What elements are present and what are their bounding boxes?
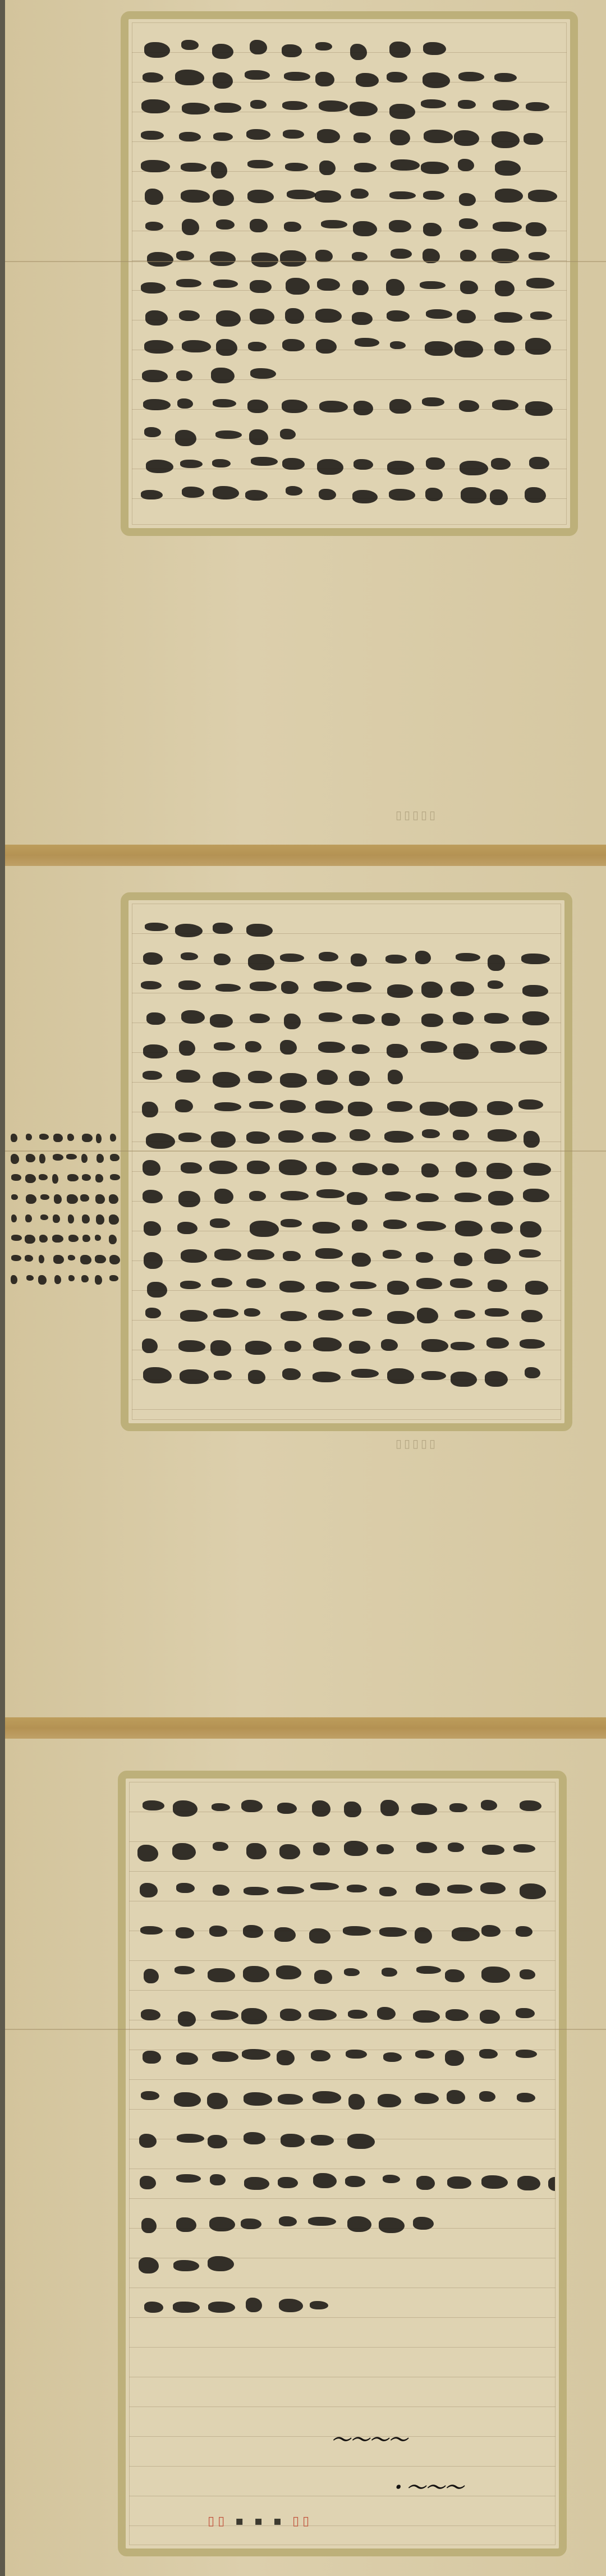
ink-glyph [488,1129,517,1142]
ink-glyph [82,1214,90,1223]
ink-glyph [344,1841,368,1856]
ink-glyph [176,370,192,381]
ink-glyph [274,1927,296,1942]
ink-glyph [447,2176,471,2189]
ink-glyph [386,279,405,296]
ink-glyph [524,133,543,145]
ink-glyph [387,1368,414,1384]
ink-glyph [415,951,431,964]
ink-glyph [490,1041,516,1053]
handwritten-line [137,1882,547,1897]
ink-glyph [416,1252,434,1263]
ink-glyph [347,2216,371,2231]
ink-glyph [426,309,452,318]
ink-glyph [490,489,508,506]
ink-glyph [449,1101,477,1116]
ink-glyph [175,430,196,446]
ink-glyph [311,2135,334,2146]
handwritten-line [137,2090,547,2105]
ink-glyph [480,1882,506,1894]
ink-glyph [491,458,511,470]
ink-glyph [248,1370,266,1384]
handwritten-line [137,2048,547,2063]
ink-glyph [313,1842,330,1856]
ink-glyph [447,1885,472,1894]
ink-glyph [447,2090,465,2104]
handwritten-line [140,1308,553,1322]
ink-glyph [11,1194,18,1200]
ink-glyph [145,222,164,231]
ink-glyph [216,310,241,327]
ink-glyph [425,341,453,356]
ink-glyph [351,189,369,199]
ink-glyph [283,1251,300,1261]
seal-stamp: ▯▯ ▪ ▪ ▪ ▯▯ [208,2514,313,2528]
mounting-band [5,1717,606,1739]
ink-glyph [250,219,267,232]
ink-glyph [421,1041,447,1052]
handwritten-line [140,1010,553,1025]
ink-glyph [176,1927,195,1938]
handwritten-line [137,1799,547,1814]
ink-glyph [284,72,310,81]
ink-glyph [458,100,476,109]
ink-glyph [144,1252,163,1268]
ink-glyph [423,223,442,237]
ink-glyph [276,1965,301,1979]
handwritten-line [140,367,558,382]
ink-glyph [141,2091,160,2100]
ink-glyph [176,2217,196,2232]
ink-glyph [145,189,164,205]
ink-glyph [212,2051,239,2062]
ink-glyph [244,2092,272,2105]
ink-glyph [310,2301,328,2309]
ink-glyph [381,1339,398,1351]
ink-glyph [11,1154,20,1164]
ink-glyph [39,1255,45,1263]
ink-glyph [485,1371,508,1387]
ink-glyph [11,1134,17,1142]
ink-glyph [39,1174,47,1180]
ink-glyph [415,1927,433,1944]
ink-glyph [313,1222,339,1234]
ink-glyph [387,1281,409,1295]
ink-glyph [389,489,415,501]
ink-glyph [387,72,407,82]
ink-glyph [520,1041,548,1055]
ink-glyph [479,2091,496,2102]
ink-glyph [453,1130,469,1140]
paper-crease [5,261,606,262]
ink-glyph [351,954,366,966]
ink-glyph [244,2177,269,2190]
ink-glyph [445,1969,465,1982]
handwritten-line [140,1129,553,1144]
ink-glyph [283,130,304,139]
ink-glyph [247,1161,270,1175]
ink-glyph [352,1308,372,1317]
handwritten-line [137,1841,547,1855]
ink-glyph [250,309,274,324]
ink-glyph [110,1154,120,1161]
ink-glyph [387,1311,415,1324]
ink-glyph [385,1191,411,1201]
ink-glyph [213,190,235,206]
ink-glyph [141,490,163,499]
ink-glyph [495,161,521,176]
ink-glyph [39,1154,45,1163]
handwritten-line [140,129,558,144]
ink-glyph [250,100,267,109]
ink-glyph [38,1275,47,1285]
ink-glyph [137,1845,158,1862]
ink-glyph [383,1220,407,1229]
ink-glyph [315,1248,342,1259]
ink-glyph [424,130,453,143]
ink-glyph [245,1341,272,1355]
ink-glyph [80,1255,91,1264]
ink-glyph [179,310,200,321]
ink-glyph [313,2173,337,2188]
ink-glyph [353,132,371,143]
ink-glyph [319,1012,342,1022]
ink-glyph [143,399,171,410]
ink-glyph [525,487,546,503]
ink-glyph [284,222,301,232]
ink-glyph [175,1099,193,1112]
ink-glyph [141,99,170,113]
ink-glyph [147,1282,167,1298]
handwritten-line [137,2173,547,2188]
ink-glyph [250,1221,279,1237]
ink-glyph [518,1099,543,1110]
ink-glyph [141,282,166,294]
ink-glyph [214,1249,241,1261]
ink-glyph [389,42,411,58]
handwritten-line [140,427,558,441]
ink-glyph [310,1882,339,1890]
ink-glyph [181,1010,205,1023]
handwritten-line [140,1159,553,1174]
ink-glyph [172,1843,196,1860]
ink-glyph [142,1102,158,1118]
ink-glyph [343,1926,371,1936]
ink-glyph [516,1926,532,1937]
ink-glyph [145,923,168,931]
ink-glyph [250,280,271,294]
ink-glyph [95,1235,101,1241]
ink-glyph [279,1159,307,1175]
ink-glyph [280,1040,297,1055]
ink-glyph [484,1249,511,1264]
handwritten-line [140,1189,553,1203]
ink-glyph [281,981,299,993]
ink-glyph [352,312,373,326]
ink-glyph [348,2094,365,2110]
ink-glyph [173,2260,199,2271]
ink-glyph [143,952,163,965]
ink-glyph [251,253,278,267]
ink-glyph [95,1174,103,1182]
handwritten-line [140,1070,553,1084]
ink-glyph [146,460,173,473]
ink-glyph [176,1070,200,1083]
ink-glyph [524,1163,552,1176]
ink-glyph [421,1163,439,1178]
ink-glyph [248,342,267,351]
ink-glyph [526,222,546,236]
ink-glyph [214,103,241,113]
ink-glyph [451,982,474,997]
ink-glyph [246,1843,266,1860]
ink-glyph [525,1281,549,1295]
ink-glyph [176,279,201,287]
ink-glyph [214,1370,231,1380]
ink-glyph [52,1174,58,1184]
ink-glyph [143,1800,164,1810]
ink-glyph [178,1133,201,1142]
ink-glyph [174,2092,200,2107]
ink-glyph [213,923,232,934]
ink-glyph [480,2010,501,2024]
ink-glyph [387,310,410,322]
ruled-paper [132,904,561,1420]
ink-glyph [319,489,336,500]
ink-glyph [481,1925,501,1937]
ink-glyph [485,1308,509,1317]
ink-glyph [319,401,348,412]
ink-glyph [144,42,170,58]
letter-sheet-2 [121,892,572,1431]
ink-glyph [348,1102,372,1117]
ink-glyph [279,2299,303,2312]
ink-glyph [173,1800,198,1816]
ink-glyph [421,1014,443,1027]
ink-glyph [209,2217,235,2231]
ink-glyph [316,1189,345,1198]
ink-glyph [280,2009,301,2021]
ink-glyph [278,1130,304,1143]
ink-glyph [180,1369,209,1385]
ink-glyph [208,1968,235,1982]
ink-glyph [347,2134,375,2149]
ink-glyph [11,1235,21,1241]
ink-glyph [380,1800,399,1816]
ink-glyph [142,1339,158,1353]
ink-glyph [25,1235,35,1244]
ink-glyph [146,1012,166,1025]
ink-glyph [350,1281,377,1289]
ink-glyph [110,1134,117,1142]
ink-glyph [242,2049,270,2060]
ruled-paper [132,22,567,525]
ink-glyph [353,459,373,470]
ink-glyph [143,1160,160,1175]
ink-glyph [109,1214,119,1225]
handwritten-line [137,2215,547,2229]
ink-glyph [214,1042,235,1051]
ink-glyph [181,40,199,50]
ink-glyph [321,220,347,228]
ink-glyph [141,131,164,140]
ink-glyph [52,1235,63,1243]
ink-glyph [139,2257,159,2274]
handwritten-line [140,70,558,84]
ink-glyph [210,2174,226,2185]
ink-glyph [179,132,201,141]
handwritten-line [137,1924,547,1938]
ink-glyph [387,1101,412,1112]
handwritten-line [140,486,558,501]
ink-glyph [279,1844,300,1859]
ink-glyph [144,427,161,437]
ink-glyph [249,1191,266,1201]
handwritten-line [140,921,553,936]
letter-sheet-1 [121,11,578,536]
ink-glyph [39,1134,49,1140]
ink-glyph [516,2050,536,2057]
ink-glyph [145,310,168,326]
ink-glyph [389,191,415,199]
ink-glyph [493,100,519,111]
ink-glyph [494,341,515,355]
ink-glyph [416,1966,441,1974]
ink-glyph [526,278,554,288]
ink-glyph [210,1014,233,1028]
ink-glyph [387,984,414,997]
handwritten-line [140,397,558,411]
ink-glyph [318,1042,345,1053]
ink-glyph [356,73,379,87]
ink-glyph [313,1337,342,1351]
ink-glyph [495,189,523,203]
ink-glyph [453,1012,474,1025]
ink-glyph [421,1339,448,1352]
signature-line-1: ～～～～ [331,2424,407,2452]
ink-glyph [96,1214,104,1225]
ink-glyph [143,2051,161,2064]
ink-glyph [377,1844,394,1855]
ink-glyph [308,2217,336,2226]
ink-glyph [417,1308,438,1323]
ink-glyph [249,1101,273,1110]
ink-glyph [278,2094,303,2105]
handwritten-line [140,40,558,54]
ink-glyph [317,129,340,143]
ink-glyph [141,2009,161,2020]
ink-glyph [352,490,378,503]
ink-glyph [520,1339,544,1349]
signature-line-2: ・～～～ [387,2472,463,2500]
ink-glyph [352,1014,375,1024]
ink-glyph [316,339,336,353]
ink-glyph [454,1253,472,1266]
ink-glyph [67,1194,78,1204]
handwritten-line [140,337,558,352]
ink-glyph [26,1134,32,1140]
ink-glyph [315,72,334,86]
ink-glyph [353,401,374,415]
ink-glyph [456,953,480,961]
ink-glyph [513,1844,536,1853]
ink-glyph [287,190,316,199]
ink-glyph [379,1887,397,1896]
ink-glyph [181,952,199,960]
ink-glyph [147,252,173,266]
ink-glyph [53,1154,63,1161]
ink-glyph [352,1220,368,1231]
ink-glyph [175,1966,195,1974]
ink-glyph [180,1310,207,1322]
handwritten-line [140,1337,553,1352]
ink-glyph [492,400,518,410]
ink-glyph [144,340,173,354]
ink-glyph [277,1886,304,1894]
ink-glyph [488,1191,513,1206]
ink-glyph [82,1134,93,1142]
ink-glyph [95,1194,105,1204]
ink-glyph [182,103,210,114]
ink-glyph [214,954,231,965]
ink-glyph [416,2176,435,2190]
margin-note-line [10,1275,126,1287]
ink-glyph [81,1275,89,1282]
ink-glyph [209,1161,237,1174]
ink-glyph [446,2009,469,2021]
ink-glyph [457,310,476,323]
ink-glyph [352,280,369,295]
ink-glyph [213,1885,230,1896]
ink-glyph [312,1132,336,1143]
ink-glyph [80,1194,89,1202]
ink-glyph [97,1154,104,1163]
ink-glyph [210,251,236,266]
ink-glyph [143,1367,172,1383]
ink-glyph [176,2174,201,2183]
ink-glyph [246,924,272,937]
ink-glyph [345,2176,365,2187]
ink-glyph [348,2010,368,2019]
ink-glyph [486,1337,509,1349]
ink-glyph [241,2219,261,2230]
ink-glyph [26,1194,36,1204]
paper-crease [5,1151,606,1152]
ink-glyph [68,1214,74,1223]
ink-glyph [143,72,164,82]
ink-glyph [521,954,549,964]
ink-glyph [389,220,411,232]
ink-glyph [282,101,307,110]
ink-glyph [492,131,520,148]
ink-glyph [82,1235,90,1242]
handwritten-line [140,1248,553,1263]
ink-glyph [317,278,341,291]
ink-glyph [53,1134,63,1142]
ink-glyph [213,486,239,499]
ink-glyph [216,219,235,230]
margin-note-line [10,1194,126,1207]
ink-glyph [387,461,415,475]
ink-glyph [495,281,515,296]
ink-glyph [26,1275,34,1281]
handwritten-line [137,1965,547,1980]
ink-glyph [453,1043,479,1059]
ink-glyph [285,308,304,324]
ink-glyph [68,1275,75,1281]
handwritten-line [140,1040,553,1055]
ink-glyph [141,2218,157,2233]
